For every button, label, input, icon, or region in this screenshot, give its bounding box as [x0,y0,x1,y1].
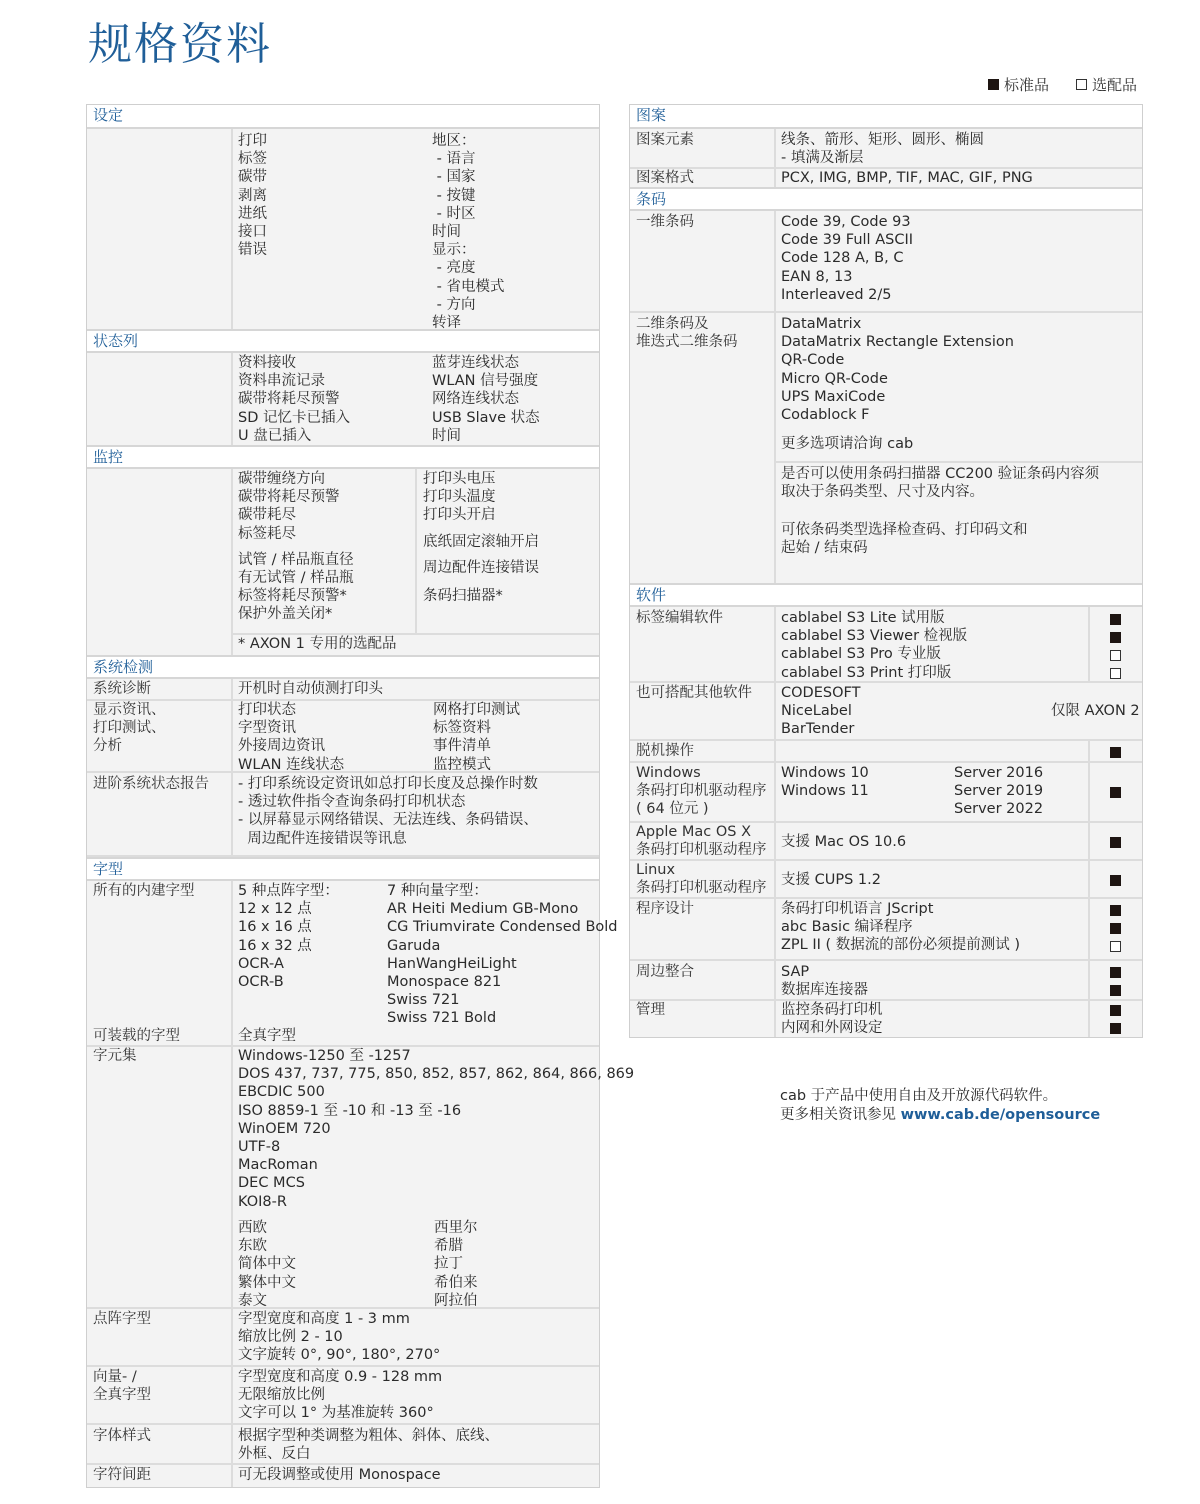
barcodes-more: 更多选项请洽询 cab [781,435,913,453]
row-col1: 打印状态 字型资讯 外接周边资讯 WLAN 连线状态 [238,701,344,774]
software-row-management: 管理 监控条码打印机 内网和外网设定 [630,1001,1142,1037]
settings-col2: 地区： - 语言 - 国家 - 按键 - 时区 时间 显示： - 亮度 - 省电… [432,132,504,332]
row-label: 显示资讯、 打印测试、 分析 [93,701,166,756]
row-label: 周边整合 [636,963,694,981]
graphics-row-formats: 图案格式 PCX, IMG, BMP, TIF, MAC, GIF, PNG [630,169,1142,189]
divider [774,683,776,739]
spec-table-left: 设定 打印 标签 碳带 剥离 进纸 接口 错误 地区： - 语言 - 国家 - … [86,104,600,1488]
row-col2: 网格打印测试 标签资料 事件清单 监控模式 [433,701,520,774]
software-row-label-editor: 标签编辑软件 cablabel S3 Lite 试用版 cablabel S3 … [630,607,1142,683]
charset-col1: 西欧 东欧 简体中文 繁体中文 泰文 [238,1219,296,1310]
row-value: SAP 数据库连接器 [781,963,868,999]
section-header-barcodes: 条码 [630,187,1142,211]
row-label: Apple Mac OS X 条码打印机驱动程序 [636,823,767,859]
status-bar-row: 资料接收 资料串流记录 碳带将耗尽预警 SD 记忆卡已插入 U 盘已插入 蓝芽连… [87,353,599,447]
opensource-line2: 更多相关资讯参见 www.cab.de/opensource [780,1106,1100,1125]
row-value: 条码打印机语言 JScript abc Basic 编译程序 ZPL II ( … [781,900,1020,955]
row-label: 也可搭配其他软件 [636,684,752,702]
row-label: 字符间距 [93,1466,151,1484]
divider [1088,607,1090,681]
divider [774,313,776,583]
row-label: 图案格式 [636,169,694,187]
row-label: 标签编辑软件 [636,609,723,627]
divider [774,129,776,167]
opensource-line1: cab 于产品中使用自由及开放源代码软件。 [780,1087,1100,1106]
charset-list: Windows-1250 至 -1257 DOS 437, 737, 775, … [238,1047,634,1211]
section-header-fonts: 字型 [87,857,599,881]
divider [231,1047,233,1307]
row-label: Linux 条码打印机驱动程序 [636,861,767,897]
spec-table-right: 图案 图案元素 线条、箭形、矩形、圆形、椭圆 - 填满及渐层 图案格式 PCX,… [629,104,1143,1038]
row-value: 支援 Mac OS 10.6 [781,833,906,851]
loadable-label: 可装载的字型 [93,1027,180,1045]
standard-marker-icon [1110,875,1121,886]
fonts-row-bitmap: 点阵字型 字型宽度和高度 1 - 3 mm 缩放比例 2 - 10 文字旋转 0… [87,1309,599,1367]
divider [231,129,233,329]
divider [231,773,233,855]
software-row-mac: Apple Mac OS X 条码打印机驱动程序 支援 Mac OS 10.6 [630,823,1142,861]
standard-marker-icon [1110,967,1121,978]
row-label: 字体样式 [93,1427,151,1445]
row-label: 图案元素 [636,131,694,149]
opensource-link[interactable]: www.cab.de/opensource [901,1107,1101,1123]
loadable-value: 全真字型 [238,1027,296,1045]
divider [774,741,776,761]
section-header-system-check: 系统检测 [87,655,599,679]
barcodes-row-2d: 二维条码及 堆迭式二维条码 DataMatrix DataMatrix Rect… [630,313,1142,583]
legend-optional-label: 选配品 [1092,74,1137,95]
monitoring-col2a: 打印头电压 打印头温度 打印头开启 [423,470,496,525]
row-label: 进阶系统状态报告 [93,775,209,793]
charset-col2: 西里尔 希腊 拉丁 希伯来 阿拉伯 [434,1219,478,1310]
monitoring-footnote: * AXON 1 专用的选配品 [238,635,397,653]
vector-fonts-list: 7 种向量字型： AR Heiti Medium GB-Mono CG Triu… [387,882,618,1028]
row-label: 字元集 [93,1047,137,1065]
divider [231,701,233,771]
fonts-row-style: 字体样式 根据字型种类调整为粗体、斜体、底线、 外框、反白 [87,1425,599,1465]
row-label: 系统诊断 [93,680,151,698]
standard-marker-icon [1110,1005,1121,1016]
row-value: cablabel S3 Lite 试用版 cablabel S3 Viewer … [781,609,967,682]
divider [774,169,776,189]
divider [1088,961,1090,999]
optional-marker-icon [1110,941,1121,952]
divider [1088,899,1090,959]
empty-square-icon [1076,79,1087,90]
divider [774,899,776,959]
fonts-row-builtin: 所有的内建字型 5 种点阵字型： 12 x 12 点 16 x 16 点 16 … [87,881,599,1047]
row-value: Code 39, Code 93 Code 39 Full ASCII Code… [781,213,913,304]
row-value: - 打印系统设定资讯如总打印长度及总操作时数 - 透过软件指令查询条码打印机状态… [238,775,538,848]
row-label: 点阵字型 [93,1310,151,1328]
row-value: PCX, IMG, BMP, TIF, MAC, GIF, PNG [781,169,1033,187]
monitoring-col2b: 底纸固定滚轴开启 [423,533,539,551]
standard-marker-icon [1110,632,1121,643]
divider [231,1367,233,1423]
row-value: 线条、箭形、矩形、圆形、椭圆 - 填满及渐层 [781,131,984,167]
divider [231,679,233,699]
divider [774,607,776,681]
divider [774,1001,776,1037]
axon2-note: 仅限 AXON 2 [1051,702,1140,720]
legend-standard-label: 标准品 [1004,74,1049,95]
row-value: 字型宽度和高度 0.9 - 128 mm 无限缩放比例 文字可以 1° 为基准旋… [238,1368,442,1423]
row-label: 所有的内建字型 [93,882,195,900]
row-col2: Server 2016 Server 2019 Server 2022 [954,764,1043,819]
row-label: 脱机操作 [636,742,694,760]
divider [231,1425,233,1463]
row-value: 字型宽度和高度 1 - 3 mm 缩放比例 2 - 10 文字旋转 0°, 90… [238,1310,440,1365]
legend-optional: 选配品 [1076,74,1137,95]
divider [1088,861,1090,897]
software-row-windows: Windows 条码打印机驱动程序 ( 64 位元 ) Windows 10 W… [630,763,1142,823]
monitoring-col1b: 试管 / 样品瓶直径 有无试管 / 样品瓶 [238,551,354,587]
section-header-graphics: 图案 [630,105,1142,129]
fonts-row-spacing: 字符间距 可无段调整或使用 Monospace [87,1465,599,1487]
divider [231,353,233,445]
monitoring-row: 碳带缠绕方向 碳带将耗尽预警 碳带耗尽 标签耗尽 试管 / 样品瓶直径 有无试管… [87,469,599,657]
divider [774,861,776,897]
section-header-settings: 设定 [87,105,599,129]
barcodes-check: 可依条码类型选择检查码、打印码文和 起始 / 结束码 [781,521,1028,557]
software-row-other: 也可搭配其他软件 CODESOFT NiceLabel BarTender 仅限… [630,683,1142,741]
divider [231,1465,233,1487]
divider [774,461,1142,463]
optional-marker-icon [1110,668,1121,679]
divider [231,881,233,1045]
row-value: 监控条码打印机 内网和外网设定 [781,1001,883,1037]
filled-square-icon [988,79,999,90]
standard-marker-icon [1110,747,1121,758]
standard-marker-icon [1110,837,1121,848]
row-label: Windows 条码打印机驱动程序 ( 64 位元 ) [636,764,767,819]
page-title: 规格资料 [88,8,272,72]
row-label: 程序设计 [636,900,694,918]
status-bar-col2: 蓝芽连线状态 WLAN 信号强度 网络连线状态 USB Slave 状态 时间 [432,354,540,445]
optional-marker-icon [1110,650,1121,661]
fonts-row-charset: 字元集 Windows-1250 至 -1257 DOS 437, 737, 7… [87,1047,599,1309]
divider [774,763,776,821]
row-label: 一维条码 [636,213,694,231]
row-col1: Windows 10 Windows 11 [781,764,869,800]
row-value: 根据字型种类调整为粗体、斜体、底线、 外框、反白 [238,1427,499,1463]
status-bar-col1: 资料接收 资料串流记录 碳带将耗尽预警 SD 记忆卡已插入 U 盘已插入 [238,354,350,445]
row-value: 开机时自动侦测打印头 [238,680,383,698]
standard-marker-icon [1110,614,1121,625]
software-row-programming: 程序设计 条码打印机语言 JScript abc Basic 编译程序 ZPL … [630,899,1142,961]
monitoring-col1a: 碳带缠绕方向 碳带将耗尽预警 碳带耗尽 标签耗尽 [238,470,340,543]
system-check-row-advanced: 进阶系统状态报告 - 打印系统设定资讯如总打印长度及总操作时数 - 透过软件指令… [87,773,599,857]
standard-marker-icon [1110,787,1121,798]
opensource-line2-prefix: 更多相关资讯参见 [780,1107,901,1123]
fonts-row-vector: 向量- / 全真字型 字型宽度和高度 0.9 - 128 mm 无限缩放比例 文… [87,1367,599,1425]
row-label: 向量- / 全真字型 [93,1368,151,1404]
legend-standard: 标准品 [988,74,1049,95]
system-check-row-diagnosis: 系统诊断 开机时自动侦测打印头 [87,679,599,701]
divider [1088,1001,1090,1037]
section-header-software: 软件 [630,583,1142,607]
standard-marker-icon [1110,985,1121,996]
section-header-status-bar: 状态列 [87,329,599,353]
software-row-offline: 脱机操作 [630,741,1142,763]
row-value: DataMatrix DataMatrix Rectangle Extensio… [781,315,1014,424]
settings-row: 打印 标签 碳带 剥离 进纸 接口 错误 地区： - 语言 - 国家 - 按键 … [87,129,599,331]
barcodes-row-linear: 一维条码 Code 39, Code 93 Code 39 Full ASCII… [630,211,1142,313]
divider [415,469,417,633]
opensource-note: cab 于产品中使用自由及开放源代码软件。 更多相关资讯参见 www.cab.d… [780,1087,1100,1124]
software-row-integration: 周边整合 SAP 数据库连接器 [630,961,1142,1001]
divider [1088,763,1090,821]
monitoring-col2d: 条码扫描器* [423,587,503,605]
row-label: 二维条码及 堆迭式二维条码 [636,315,738,351]
row-value: CODESOFT NiceLabel BarTender [781,684,860,739]
monitoring-col1c: 标签将耗尽预警* 保护外盖关闭* [238,587,347,623]
monitoring-col2c: 周边配件连接错误 [423,559,539,577]
standard-marker-icon [1110,1023,1121,1034]
divider [231,469,233,655]
row-value: 支援 CUPS 1.2 [781,871,881,889]
row-value: 可无段调整或使用 Monospace [238,1466,441,1484]
standard-marker-icon [1110,923,1121,934]
settings-col1: 打印 标签 碳带 剥离 进纸 接口 错误 [238,132,267,259]
system-check-row-display: 显示资讯、 打印测试、 分析 打印状态 字型资讯 外接周边资讯 WLAN 连线状… [87,701,599,773]
divider [1088,741,1090,761]
section-header-monitoring: 监控 [87,445,599,469]
divider [231,1309,233,1365]
standard-marker-icon [1110,905,1121,916]
divider [774,211,776,311]
software-row-linux: Linux 条码打印机驱动程序 支援 CUPS 1.2 [630,861,1142,899]
bitmap-fonts-list: 5 种点阵字型： 12 x 12 点 16 x 16 点 16 x 32 点 O… [238,882,339,991]
row-label: 管理 [636,1001,665,1019]
graphics-row-elements: 图案元素 线条、箭形、矩形、圆形、椭圆 - 填满及渐层 [630,129,1142,169]
divider [774,823,776,859]
divider [1088,823,1090,859]
barcodes-verify: 是否可以使用条码扫描器 CC200 验证条码内容须 取决于条码类型、尺寸及内容。 [781,465,1099,501]
divider [774,961,776,999]
